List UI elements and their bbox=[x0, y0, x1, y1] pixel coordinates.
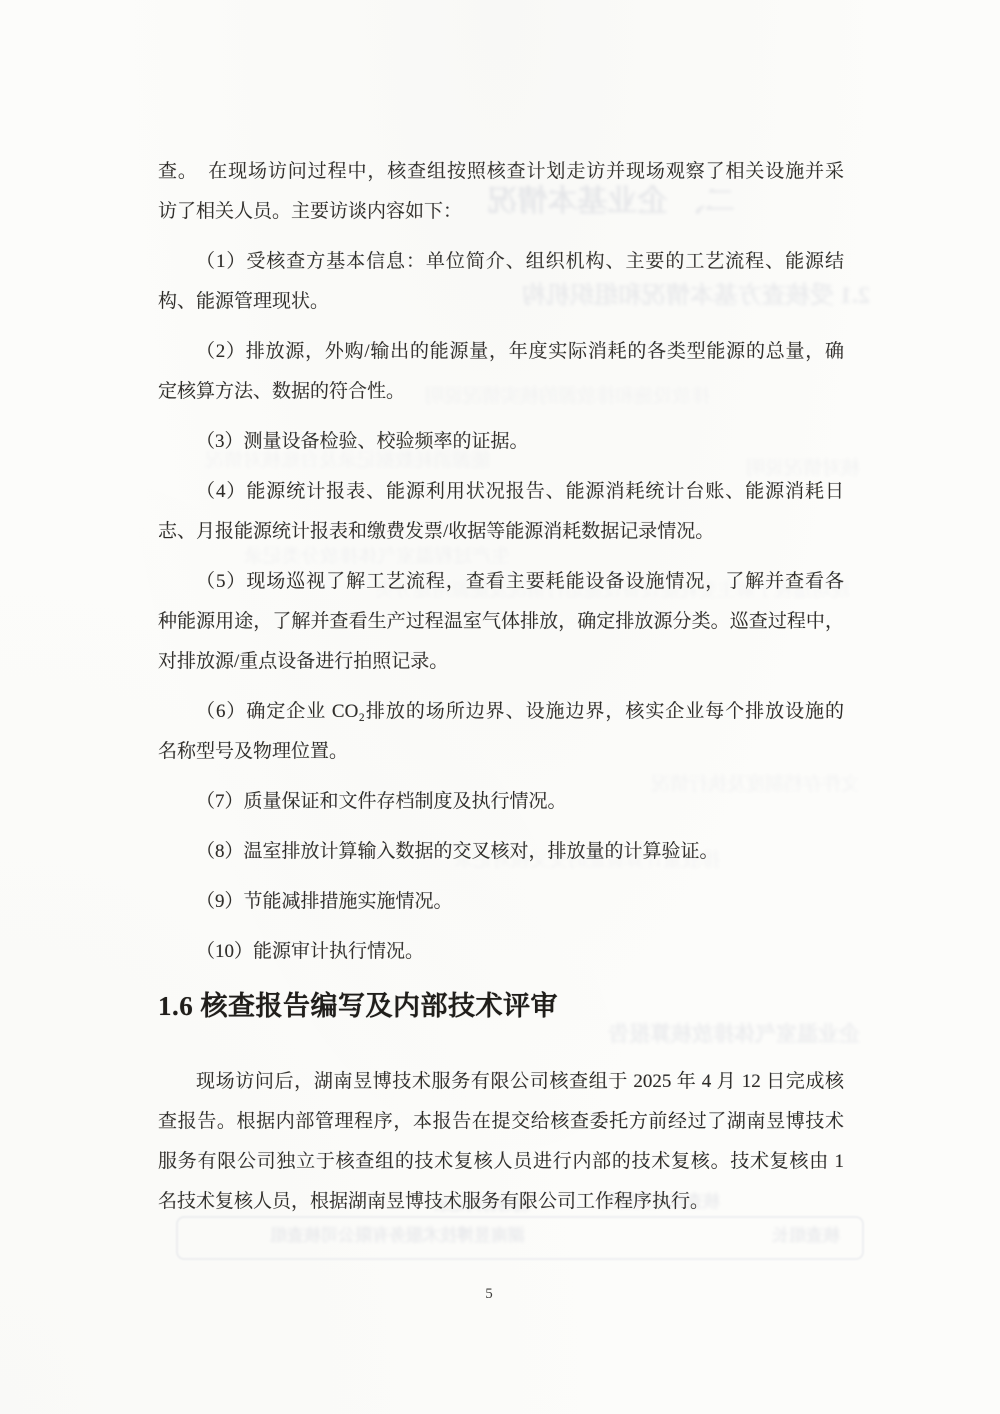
text-line: 定核算方法、数据的符合性。 bbox=[158, 372, 844, 412]
paragraph: （7）质量保证和文件存档制度及执行情况。 bbox=[158, 782, 844, 822]
paragraph: （6）确定企业 CO₂排放的场所边界、设施边界，核实企业每个排放设施的名称型号及… bbox=[158, 692, 844, 772]
text-line: （4）能源统计报表、能源利用状况报告、能源消耗统计台账、能源消耗日 bbox=[158, 472, 844, 512]
text-line: （6）确定企业 CO₂排放的场所边界、设施边界，核实企业每个排放设施的 bbox=[158, 692, 844, 732]
text-line: 种能源用途，了解并查看生产过程温室气体排放，确定排放源分类。巡查过程中， bbox=[158, 602, 844, 642]
text-line: （8）温室排放计算输入数据的交叉核对，排放量的计算验证。 bbox=[158, 832, 844, 872]
text-line: 名称型号及物理位置。 bbox=[158, 732, 844, 772]
paragraph: （3）测量设备检验、校验频率的证据。 bbox=[158, 422, 844, 462]
text-line: （3）测量设备检验、校验频率的证据。 bbox=[158, 422, 844, 462]
text-line: 查报告。根据内部管理程序，本报告在提交给核查委托方前经过了湖南昱博技术 bbox=[158, 1102, 844, 1142]
paragraph: （8）温室排放计算输入数据的交叉核对，排放量的计算验证。 bbox=[158, 832, 844, 872]
text-line: 对排放源/重点设备进行拍照记录。 bbox=[158, 642, 844, 682]
bleed-through-table-outline bbox=[176, 1216, 864, 1260]
text-line: （1）受核查方基本信息：单位简介、组织机构、主要的工艺流程、能源结 bbox=[158, 242, 844, 282]
text-line: （9）节能减排措施实施情况。 bbox=[158, 882, 844, 922]
section-heading: 1.6 核查报告编写及内部技术评审 bbox=[158, 984, 844, 1028]
paragraph: （10）能源审计执行情况。 bbox=[158, 932, 844, 972]
text-line: （7）质量保证和文件存档制度及执行情况。 bbox=[158, 782, 844, 822]
bleed-through-text: 核查组长 bbox=[705, 1226, 840, 1246]
text-line: （10）能源审计执行情况。 bbox=[158, 932, 844, 972]
text-line: 服务有限公司独立于核查组的技术复核人员进行内部的技术复核。技术复核由 1 bbox=[158, 1142, 844, 1182]
bleed-through-text: 湖南昱博技术服务有限公司核查组 bbox=[250, 1226, 525, 1246]
text-line: （5）现场巡视了解工艺流程，查看主要耗能设备设施情况，了解并查看各 bbox=[158, 562, 844, 602]
scanned-document-page: 二、 企业基本情况 2.1 受核查方基本情况和组织机构 排放设施和排放源的核实情… bbox=[0, 0, 1000, 1414]
text-line: 访了相关人员。主要访谈内容如下： bbox=[158, 192, 844, 232]
heading-text: 1.6 核查报告编写及内部技术评审 bbox=[158, 984, 844, 1028]
text-line: （2）排放源，外购/输出的能源量，年度实际消耗的各类型能源的总量，确 bbox=[158, 332, 844, 372]
paragraph: （5）现场巡视了解工艺流程，查看主要耗能设备设施情况，了解并查看各种能源用途，了… bbox=[158, 562, 844, 682]
paragraph: 查。 在现场访问过程中，核查组按照核查计划走访并现场观察了相关设施并采访了相关人… bbox=[158, 152, 844, 232]
document-body: 查。 在现场访问过程中，核查组按照核查计划走访并现场观察了相关设施并采访了相关人… bbox=[158, 152, 844, 1222]
text-line: 名技术复核人员，根据湖南昱博技术服务有限公司工作程序执行。 bbox=[158, 1182, 844, 1222]
text-line: 查。 在现场访问过程中，核查组按照核查计划走访并现场观察了相关设施并采 bbox=[158, 152, 844, 192]
text-line: 构、能源管理现状。 bbox=[158, 282, 844, 322]
paragraph: 现场访问后，湖南昱博技术服务有限公司核查组于 2025 年 4 月 12 日完成… bbox=[158, 1062, 844, 1222]
paragraph: （2）排放源，外购/输出的能源量，年度实际消耗的各类型能源的总量，确定核算方法、… bbox=[158, 332, 844, 412]
text-line: 现场访问后，湖南昱博技术服务有限公司核查组于 2025 年 4 月 12 日完成… bbox=[158, 1062, 844, 1102]
paragraph: （4）能源统计报表、能源利用状况报告、能源消耗统计台账、能源消耗日志、月报能源统… bbox=[158, 472, 844, 552]
text-line: 志、月报能源统计报表和缴费发票/收据等能源消耗数据记录情况。 bbox=[158, 512, 844, 552]
paragraph: （1）受核查方基本信息：单位简介、组织机构、主要的工艺流程、能源结构、能源管理现… bbox=[158, 242, 844, 322]
paragraph: （9）节能减排措施实施情况。 bbox=[158, 882, 844, 922]
page-number: 5 bbox=[0, 1286, 978, 1303]
